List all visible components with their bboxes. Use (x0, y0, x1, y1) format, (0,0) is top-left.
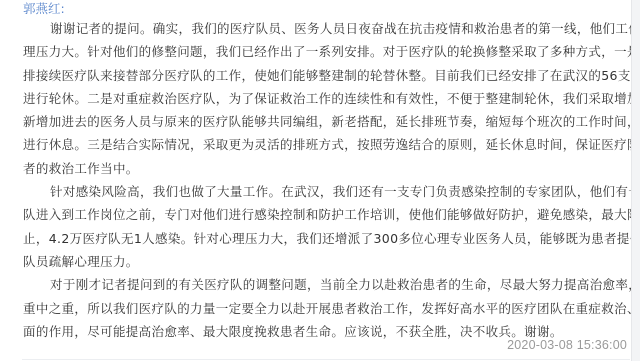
text-line: 理压力大。针对他们的修整问题，我们已经作出了一系列安排。对于医疗队的轮换修整采取… (23, 40, 623, 63)
scrollbar-track[interactable] (631, 0, 640, 361)
paragraph-2: 针对感染风险高，我们也做了大量工作。在武汉，我们还有一支专门负责感染控制的专家团… (23, 180, 623, 273)
text-line: 止，4.2万医疗队无1人感染。针对心理压力大，我们还增派了300多位心理专业医务… (23, 227, 623, 250)
paragraph-1: 谢谢记者的提问。确实，我们的医疗队员、医务人员日夜奋战在抗击疫情和救治患者的第一… (23, 17, 623, 180)
text-line: 重中之重，所以我们医疗队的力量一定要全力以赴开展患者救治工作，发挥好高水平的医疗… (23, 297, 623, 320)
text-line: 排接续医疗队来接替部分医疗队的工作，使她们能够整建制的轮替休整。目前我们已经安排… (23, 64, 623, 87)
text-line: 针对感染风险高，我们也做了大量工作。在武汉，我们还有一支专门负责感染控制的专家团… (23, 180, 623, 203)
text-line: 进行轮休。二是对重症救治医疗队，为了保证救治工作的连续性和有效性，不便于整建制轮… (23, 87, 623, 110)
text-line: 队员疏解心理压力。 (23, 250, 623, 273)
text-line: 谢谢记者的提问。确实，我们的医疗队员、医务人员日夜奋战在抗击疫情和救治患者的第一… (23, 17, 623, 40)
text-line: 新增加进去的医务人员与原来的医疗队能够共同编组，新老搭配，延长排班节奏，缩短每个… (23, 110, 623, 133)
text-line: 对于刚才记者提问到的有关医疗队的调整问题，当前全力以赴救治患者的生命，尽最大努力… (23, 273, 623, 296)
post-footer: 2020-03-08 15:36:00 (22, 337, 630, 360)
article-page: 郭燕红: 谢谢记者的提问。确实，我们的医疗队员、医务人员日夜奋战在抗击疫情和救治… (0, 0, 640, 361)
text-line: 队进入到工作岗位之前，专门对他们进行感染控制和防护工作培训，使他们能够做好防护，… (23, 203, 623, 226)
article-content: 郭燕红: 谢谢记者的提问。确实，我们的医疗队员、医务人员日夜奋战在抗击疫情和救治… (23, 0, 623, 343)
speaker-name: 郭燕红: (23, 0, 623, 17)
timestamp: 2020-03-08 15:36:00 (507, 338, 627, 352)
text-line: 者的救治工作当中。 (23, 157, 623, 180)
paragraph-3: 对于刚才记者提问到的有关医疗队的调整问题，当前全力以赴救治患者的生命，尽最大努力… (23, 273, 623, 343)
text-line: 进行休息。三是结合实际情况，采取更为灵活的排班方式，按照劳逸结合的原则，延长休息… (23, 133, 623, 156)
